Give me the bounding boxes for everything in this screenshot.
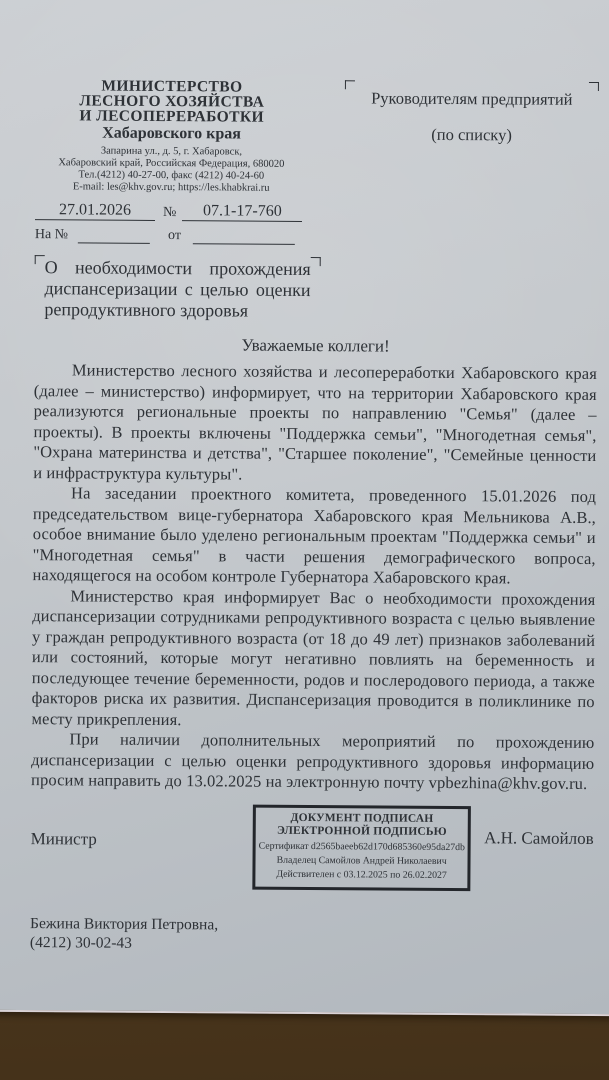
stamp-title-line-2: ЭЛЕКТРОННОЙ ПОДПИСЬЮ <box>259 825 465 840</box>
date-number-row: 27.01.2026 № 07.1-17-760 <box>35 201 311 222</box>
ministry-name: МИНИСТЕРСТВО ЛЕСНОГО ХОЗЯЙСТВА И ЛЕСОПЕР… <box>36 78 308 125</box>
reference-label: На № <box>35 227 68 243</box>
letterhead-org-block: МИНИСТЕРСТВО ЛЕСНОГО ХОЗЯЙСТВА И ЛЕСОПЕР… <box>35 78 308 195</box>
subject-text: О необходимости прохождения диспансериза… <box>44 257 310 320</box>
addressee-corner-right-mark <box>589 82 599 91</box>
stamp-owner: Владелец Самойлов Андрей Николаевич <box>258 853 464 867</box>
reference-number-blank <box>78 227 150 244</box>
ministry-name-line-3: И ЛЕСОПЕРЕРАБОТКИ <box>36 108 308 125</box>
document-number: 07.1-17-760 <box>182 202 302 222</box>
stamp-title: ДОКУМЕНТ ПОДПИСАН ЭЛЕКТРОННОЙ ПОДПИСЬЮ <box>259 811 466 839</box>
signature-row: Министр ДОКУМЕНТ ПОДПИСАН ЭЛЕКТРОННОЙ ПО… <box>30 803 594 892</box>
addressee-line-1: Руководителям предприятий <box>345 88 599 110</box>
stamp-certificate: Сертификат d2565baeeb62d170d685360e95da2… <box>259 839 465 853</box>
paragraph-1: Министерство лесного хозяйства и лесопер… <box>33 360 597 487</box>
document-paper: МИНИСТЕРСТВО ЛЕСНОГО ХОЗЯЙСТВА И ЛЕСОПЕР… <box>0 0 609 1016</box>
document-date: 27.01.2026 <box>35 201 155 221</box>
ministry-region: Хабаровского края <box>36 124 308 144</box>
paragraph-4: При наличии дополнительных мероприятий п… <box>31 729 594 794</box>
reference-from-label: от <box>168 228 181 244</box>
stamp-title-line-1: ДОКУМЕНТ ПОДПИСАН <box>259 811 465 826</box>
stamp-validity: Действителен с 03.12.2025 по 26.02.2027 <box>258 867 464 881</box>
reference-date-blank <box>193 228 295 245</box>
reference-row: На № от <box>35 227 598 247</box>
subject-corner-right-mark <box>311 257 321 266</box>
addressee-line-2: (по списку) <box>345 124 599 146</box>
addressee-block: Руководителям предприятий (по списку) <box>345 80 599 146</box>
signer-name: А.Н. Самойлов <box>484 806 594 849</box>
letterhead: МИНИСТЕРСТВО ЛЕСНОГО ХОЗЯЙСТВА И ЛЕСОПЕР… <box>35 78 599 197</box>
letter-body: Министерство лесного хозяйства и лесопер… <box>31 360 597 794</box>
signer-position: Министр <box>31 803 181 850</box>
address-line-2: Хабаровский край, Российская Федерация, … <box>35 157 307 171</box>
paragraph-2: На заседании проектного комитета, провед… <box>32 483 596 589</box>
executor-block: Бежина Виктория Петровна, (4212) 30-02-4… <box>30 914 593 956</box>
executor-phone: (4212) 30-02-43 <box>30 933 593 956</box>
addressee-corner-left-mark <box>345 80 355 89</box>
number-sign: № <box>163 205 176 221</box>
subject-corner-left-mark <box>35 255 45 264</box>
address-line-4: E-mail: les@khv.gov.ru; https://les.khab… <box>35 181 307 195</box>
salutation: Уважаемые коллеги! <box>34 334 597 358</box>
esignature-stamp: ДОКУМЕНТ ПОДПИСАН ЭЛЕКТРОННОЙ ПОДПИСЬЮ С… <box>252 804 471 891</box>
ministry-address: Запарина ул., д. 5, г. Хабаровск, Хабаро… <box>35 145 307 195</box>
subject-block: О необходимости прохождения диспансериза… <box>34 255 320 322</box>
paragraph-3: Министерство края информирует Вас о необ… <box>31 586 595 733</box>
